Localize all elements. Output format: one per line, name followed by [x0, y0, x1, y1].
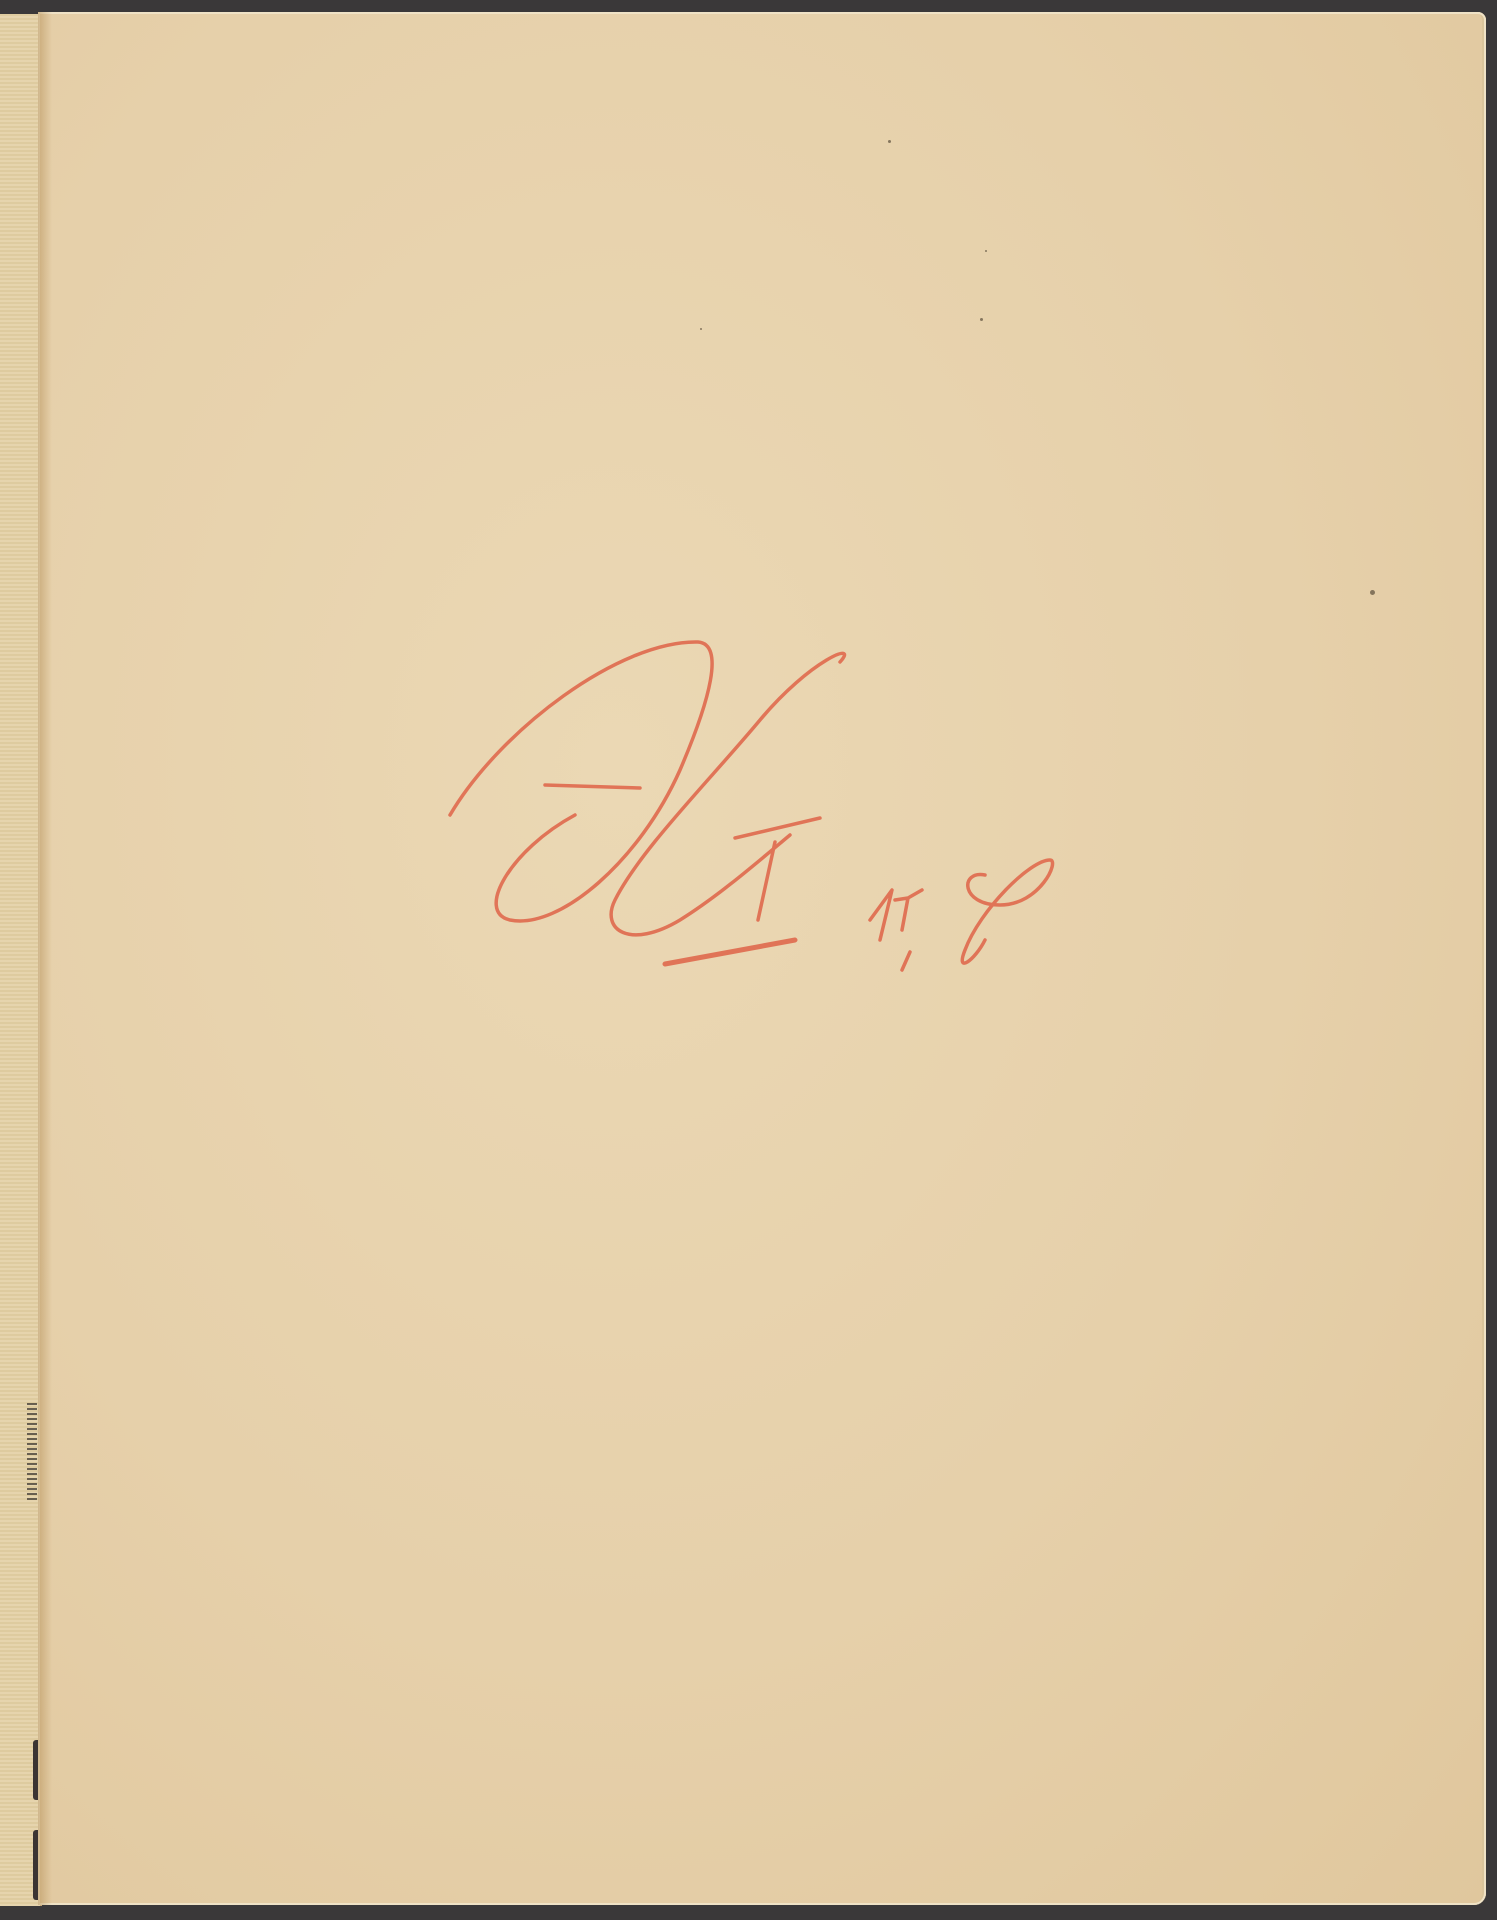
paper-speck: [985, 250, 987, 252]
paper-speck: [700, 328, 702, 330]
paper-speck: [980, 318, 983, 321]
paper-speck: [888, 140, 891, 143]
spine-stitching: [27, 1400, 37, 1500]
handwritten-shelfmark: [440, 620, 1320, 1020]
page-gutter-shadow: [38, 12, 52, 1905]
paper-speck: [1370, 590, 1375, 595]
book-binding-edge: [0, 14, 42, 1906]
